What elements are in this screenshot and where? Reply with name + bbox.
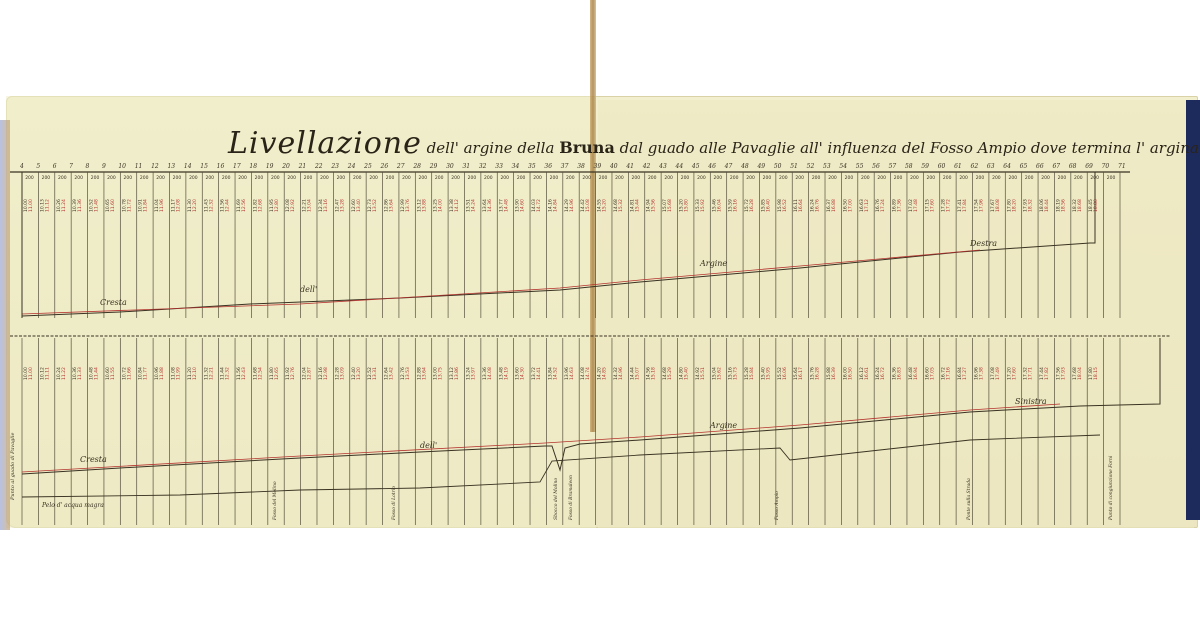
svg-text:200: 200 — [1041, 175, 1050, 181]
svg-text:18.44: 18.44 — [1044, 199, 1050, 212]
svg-text:54: 54 — [839, 163, 847, 170]
svg-text:14.84: 14.84 — [552, 199, 558, 212]
upper-label: Cresta — [100, 298, 127, 307]
svg-text:11.24: 11.24 — [61, 199, 67, 212]
svg-text:21: 21 — [298, 163, 307, 170]
svg-text:50: 50 — [774, 163, 782, 170]
svg-text:200: 200 — [42, 175, 51, 181]
lower-label: Sinistra — [1015, 397, 1047, 406]
svg-text:200: 200 — [1074, 175, 1083, 181]
svg-text:16.52: 16.52 — [782, 199, 788, 212]
svg-text:53: 53 — [823, 163, 831, 170]
svg-text:200: 200 — [533, 175, 542, 181]
svg-text:14.30: 14.30 — [520, 367, 526, 380]
svg-text:15.07: 15.07 — [634, 367, 640, 380]
svg-text:11.22: 11.22 — [61, 367, 67, 380]
svg-text:15.92: 15.92 — [700, 199, 706, 212]
svg-text:60: 60 — [938, 163, 946, 170]
svg-text:14.63: 14.63 — [569, 367, 575, 380]
svg-text:59: 59 — [921, 163, 929, 170]
svg-text:61: 61 — [954, 163, 962, 170]
svg-text:15.08: 15.08 — [585, 199, 591, 212]
svg-text:18.80: 18.80 — [1093, 199, 1099, 212]
svg-text:17.72: 17.72 — [946, 199, 952, 212]
svg-text:14.24: 14.24 — [470, 199, 476, 212]
svg-text:14.08: 14.08 — [487, 367, 493, 380]
svg-text:11.77: 11.77 — [143, 367, 149, 380]
svg-text:200: 200 — [894, 175, 903, 181]
svg-text:11.48: 11.48 — [94, 199, 100, 212]
svg-text:17.38: 17.38 — [979, 367, 985, 380]
svg-text:27: 27 — [396, 163, 405, 170]
vertical-note: Fosso Ampio — [774, 491, 780, 521]
svg-text:200: 200 — [58, 175, 67, 181]
svg-text:200: 200 — [484, 175, 493, 181]
svg-text:200: 200 — [238, 175, 247, 181]
svg-text:67: 67 — [1052, 163, 1060, 170]
svg-text:200: 200 — [959, 175, 968, 181]
svg-text:200: 200 — [271, 175, 280, 181]
svg-text:19: 19 — [266, 163, 274, 170]
svg-text:11.96: 11.96 — [159, 199, 165, 212]
svg-text:200: 200 — [189, 175, 198, 181]
svg-text:16.16: 16.16 — [733, 199, 739, 212]
svg-text:63: 63 — [987, 163, 995, 170]
svg-text:16.88: 16.88 — [831, 199, 837, 212]
svg-text:200: 200 — [1107, 175, 1116, 181]
svg-text:13.42: 13.42 — [389, 367, 395, 380]
svg-text:200: 200 — [550, 175, 559, 181]
svg-text:15.29: 15.29 — [667, 367, 673, 380]
svg-text:12.21: 12.21 — [208, 367, 214, 380]
svg-text:12.98: 12.98 — [323, 367, 329, 380]
svg-text:16.39: 16.39 — [831, 367, 837, 380]
svg-text:12.65: 12.65 — [274, 367, 280, 380]
svg-text:200: 200 — [205, 175, 214, 181]
svg-text:200: 200 — [812, 175, 821, 181]
svg-text:17.71: 17.71 — [1028, 367, 1034, 380]
svg-text:200: 200 — [451, 175, 460, 181]
svg-text:13.20: 13.20 — [356, 367, 362, 380]
svg-text:200: 200 — [304, 175, 313, 181]
svg-text:13.75: 13.75 — [438, 367, 444, 380]
svg-text:200: 200 — [648, 175, 657, 181]
svg-text:51: 51 — [790, 163, 798, 170]
svg-text:17.60: 17.60 — [929, 199, 935, 212]
svg-text:18.56: 18.56 — [1060, 199, 1066, 212]
svg-text:16.17: 16.17 — [798, 367, 804, 380]
svg-text:16.83: 16.83 — [897, 367, 903, 380]
svg-text:16.76: 16.76 — [815, 199, 821, 212]
vertical-note: Fosso del Molino — [272, 481, 278, 521]
svg-text:8: 8 — [86, 163, 90, 170]
svg-text:17.00: 17.00 — [847, 199, 853, 212]
svg-text:200: 200 — [337, 175, 346, 181]
svg-text:11.66: 11.66 — [126, 367, 132, 380]
svg-text:10: 10 — [118, 163, 126, 170]
svg-text:12.20: 12.20 — [192, 199, 198, 212]
svg-text:37: 37 — [561, 163, 569, 170]
svg-text:18.15: 18.15 — [1093, 367, 1099, 380]
svg-text:200: 200 — [713, 175, 722, 181]
svg-text:23: 23 — [330, 163, 339, 170]
svg-text:24: 24 — [347, 163, 356, 170]
svg-text:200: 200 — [845, 175, 854, 181]
svg-text:12.08: 12.08 — [175, 199, 181, 212]
svg-text:14.52: 14.52 — [552, 367, 558, 380]
svg-text:200: 200 — [517, 175, 526, 181]
svg-text:18.68: 18.68 — [1077, 199, 1083, 212]
svg-text:17.49: 17.49 — [995, 367, 1001, 380]
svg-text:200: 200 — [353, 175, 362, 181]
svg-text:66: 66 — [1036, 163, 1044, 170]
svg-text:15.56: 15.56 — [651, 199, 657, 212]
svg-text:200: 200 — [435, 175, 444, 181]
svg-text:30: 30 — [446, 163, 454, 170]
svg-text:11.88: 11.88 — [159, 367, 165, 380]
svg-text:22: 22 — [314, 163, 323, 170]
svg-text:65: 65 — [1020, 163, 1028, 170]
svg-text:15.68: 15.68 — [667, 199, 673, 212]
svg-text:17.05: 17.05 — [929, 367, 935, 380]
svg-text:200: 200 — [779, 175, 788, 181]
upper-label: dell' — [300, 285, 317, 294]
svg-text:12.87: 12.87 — [307, 367, 313, 380]
svg-text:16: 16 — [217, 163, 225, 170]
svg-text:200: 200 — [287, 175, 296, 181]
svg-text:11.72: 11.72 — [126, 199, 132, 212]
svg-text:17.24: 17.24 — [880, 199, 886, 212]
svg-text:18.08: 18.08 — [995, 199, 1001, 212]
vertical-note: Fosso di Lotrio — [391, 486, 397, 521]
svg-text:200: 200 — [1008, 175, 1017, 181]
svg-text:39: 39 — [594, 163, 602, 170]
svg-text:71: 71 — [1118, 163, 1126, 170]
svg-text:40: 40 — [609, 163, 618, 170]
svg-text:14.74: 14.74 — [585, 367, 591, 380]
svg-text:200: 200 — [140, 175, 149, 181]
svg-text:13.31: 13.31 — [372, 367, 378, 380]
svg-text:16.28: 16.28 — [815, 367, 821, 380]
svg-text:9: 9 — [102, 163, 106, 170]
svg-text:15.32: 15.32 — [618, 199, 624, 212]
svg-text:62: 62 — [971, 163, 979, 170]
upper-label: Destra — [969, 239, 997, 248]
svg-text:33: 33 — [495, 163, 503, 170]
svg-text:15.62: 15.62 — [716, 367, 722, 380]
svg-text:15.20: 15.20 — [602, 199, 608, 212]
svg-text:16.50: 16.50 — [847, 367, 853, 380]
svg-text:45: 45 — [691, 163, 700, 170]
svg-text:16.61: 16.61 — [864, 367, 870, 380]
svg-text:11.12: 11.12 — [44, 199, 50, 212]
svg-text:47: 47 — [724, 163, 733, 170]
svg-text:46: 46 — [707, 163, 716, 170]
svg-text:15.40: 15.40 — [684, 367, 690, 380]
svg-text:14.48: 14.48 — [503, 199, 509, 212]
lower-label: Cresta — [80, 455, 107, 464]
svg-text:28: 28 — [412, 163, 421, 170]
svg-text:64: 64 — [1003, 163, 1011, 170]
svg-text:200: 200 — [25, 175, 34, 181]
svg-text:13.40: 13.40 — [356, 199, 362, 212]
svg-text:17.27: 17.27 — [962, 367, 968, 380]
svg-text:18: 18 — [249, 163, 257, 170]
svg-text:14.19: 14.19 — [503, 367, 509, 380]
svg-text:12.56: 12.56 — [241, 199, 247, 212]
svg-text:55: 55 — [856, 163, 864, 170]
svg-text:52: 52 — [807, 163, 815, 170]
svg-text:15.84: 15.84 — [749, 367, 755, 380]
vertical-note: Fosso di Bramaleon — [568, 475, 574, 521]
svg-text:11.99: 11.99 — [175, 367, 181, 380]
svg-text:200: 200 — [222, 175, 231, 181]
station-grid: 420010.0011.0010.0011.00520010.1311.1210… — [10, 163, 1170, 525]
svg-text:17.36: 17.36 — [897, 199, 903, 212]
svg-text:16.72: 16.72 — [880, 367, 886, 380]
svg-text:43: 43 — [658, 163, 667, 170]
svg-text:13.04: 13.04 — [307, 199, 313, 212]
svg-text:6: 6 — [53, 163, 57, 170]
svg-text:200: 200 — [910, 175, 919, 181]
svg-text:200: 200 — [943, 175, 952, 181]
svg-text:31: 31 — [462, 163, 470, 170]
svg-text:12.44: 12.44 — [225, 199, 231, 212]
svg-text:41: 41 — [625, 163, 634, 170]
svg-text:13.28: 13.28 — [339, 199, 345, 212]
vertical-note: Ponte sulla Strada — [966, 478, 972, 521]
svg-text:42: 42 — [642, 163, 651, 170]
svg-text:16.28: 16.28 — [749, 199, 755, 212]
svg-text:12: 12 — [151, 163, 159, 170]
svg-text:12.32: 12.32 — [208, 199, 214, 212]
svg-text:17.48: 17.48 — [913, 199, 919, 212]
svg-text:200: 200 — [107, 175, 116, 181]
svg-text:14.41: 14.41 — [536, 367, 542, 380]
svg-text:200: 200 — [730, 175, 739, 181]
svg-text:200: 200 — [74, 175, 83, 181]
svg-text:200: 200 — [615, 175, 624, 181]
svg-text:200: 200 — [746, 175, 755, 181]
svg-text:15.73: 15.73 — [733, 367, 739, 380]
svg-text:13.64: 13.64 — [421, 367, 427, 380]
svg-text:12.43: 12.43 — [241, 367, 247, 380]
svg-text:200: 200 — [976, 175, 985, 181]
svg-text:200: 200 — [795, 175, 804, 181]
svg-text:200: 200 — [402, 175, 411, 181]
svg-text:35: 35 — [528, 163, 536, 170]
svg-text:15.18: 15.18 — [651, 367, 657, 380]
svg-text:200: 200 — [419, 175, 428, 181]
svg-text:15.51: 15.51 — [700, 367, 706, 380]
svg-text:17.60: 17.60 — [1011, 367, 1017, 380]
svg-text:200: 200 — [632, 175, 641, 181]
svg-text:200: 200 — [386, 175, 395, 181]
svg-text:200: 200 — [877, 175, 886, 181]
svg-text:14.60: 14.60 — [520, 199, 526, 212]
svg-text:16.04: 16.04 — [716, 199, 722, 212]
svg-text:34: 34 — [512, 163, 520, 170]
levelling-profile-drawing: 420010.0011.0010.0011.00520010.1311.1210… — [0, 0, 1200, 628]
svg-text:4: 4 — [19, 163, 24, 170]
svg-text:17: 17 — [233, 163, 241, 170]
svg-text:200: 200 — [664, 175, 673, 181]
svg-text:38: 38 — [577, 163, 585, 170]
svg-text:12.68: 12.68 — [257, 199, 263, 212]
svg-text:13.53: 13.53 — [405, 367, 411, 380]
svg-text:200: 200 — [320, 175, 329, 181]
svg-text:14.96: 14.96 — [569, 199, 575, 212]
svg-text:69: 69 — [1085, 163, 1093, 170]
svg-text:11.00: 11.00 — [28, 367, 34, 380]
svg-text:49: 49 — [756, 163, 765, 170]
svg-text:13: 13 — [167, 163, 175, 170]
svg-text:20: 20 — [281, 163, 290, 170]
svg-text:12.76: 12.76 — [290, 367, 296, 380]
svg-text:200: 200 — [599, 175, 608, 181]
svg-text:13.64: 13.64 — [389, 199, 395, 212]
svg-text:200: 200 — [861, 175, 870, 181]
lower-label: Argine — [709, 421, 737, 430]
svg-text:200: 200 — [91, 175, 100, 181]
svg-text:13.76: 13.76 — [405, 199, 411, 212]
svg-text:13.16: 13.16 — [323, 199, 329, 212]
svg-text:14.72: 14.72 — [536, 199, 542, 212]
vertical-note: Punto di congiunzione Forni — [1108, 455, 1114, 521]
svg-text:25: 25 — [363, 163, 372, 170]
svg-text:200: 200 — [992, 175, 1001, 181]
svg-text:57: 57 — [889, 163, 897, 170]
svg-text:68: 68 — [1069, 163, 1077, 170]
svg-text:11.44: 11.44 — [94, 367, 100, 380]
svg-text:200: 200 — [124, 175, 133, 181]
svg-text:12.54: 12.54 — [257, 367, 263, 380]
svg-text:11.00: 11.00 — [28, 199, 34, 212]
svg-text:36: 36 — [544, 163, 552, 170]
svg-text:15.95: 15.95 — [765, 367, 771, 380]
datum-label: Pelo d' acqua magra — [41, 502, 104, 509]
svg-text:32: 32 — [479, 163, 487, 170]
svg-text:200: 200 — [697, 175, 706, 181]
svg-text:14.00: 14.00 — [438, 199, 444, 212]
svg-text:15.80: 15.80 — [684, 199, 690, 212]
svg-text:16.94: 16.94 — [913, 367, 919, 380]
svg-text:18.20: 18.20 — [1011, 199, 1017, 212]
svg-text:18.04: 18.04 — [1077, 367, 1083, 380]
svg-text:58: 58 — [905, 163, 913, 170]
svg-text:200: 200 — [468, 175, 477, 181]
svg-text:13.97: 13.97 — [470, 367, 476, 380]
svg-text:200: 200 — [582, 175, 591, 181]
upper-label: Argine — [699, 259, 727, 268]
svg-text:14.96: 14.96 — [618, 367, 624, 380]
svg-text:17.16: 17.16 — [946, 367, 952, 380]
svg-text:18.32: 18.32 — [1028, 199, 1034, 212]
vertical-note: Sbocco del Molino — [553, 478, 559, 520]
svg-text:16.64: 16.64 — [798, 199, 804, 212]
svg-text:13.86: 13.86 — [454, 367, 460, 380]
svg-text:13.09: 13.09 — [339, 367, 345, 380]
svg-text:7: 7 — [69, 163, 73, 170]
svg-text:14: 14 — [184, 163, 192, 170]
svg-text:15.44: 15.44 — [634, 199, 640, 212]
svg-text:13.88: 13.88 — [421, 199, 427, 212]
lower-label: dell' — [420, 441, 437, 450]
svg-text:200: 200 — [369, 175, 378, 181]
svg-text:13.52: 13.52 — [372, 199, 378, 212]
profiles — [22, 172, 1160, 497]
svg-text:11.33: 11.33 — [77, 367, 83, 380]
svg-text:200: 200 — [566, 175, 575, 181]
svg-text:56: 56 — [872, 163, 880, 170]
svg-text:26: 26 — [380, 163, 389, 170]
svg-text:14.85: 14.85 — [602, 367, 608, 380]
svg-text:200: 200 — [828, 175, 837, 181]
svg-text:11.55: 11.55 — [110, 367, 116, 380]
svg-text:200: 200 — [763, 175, 772, 181]
svg-text:200: 200 — [173, 175, 182, 181]
svg-text:16.40: 16.40 — [765, 199, 771, 212]
svg-text:14.36: 14.36 — [487, 199, 493, 212]
svg-text:14.12: 14.12 — [454, 199, 460, 212]
svg-text:48: 48 — [740, 163, 749, 170]
svg-text:12.10: 12.10 — [192, 367, 198, 380]
svg-text:16.06: 16.06 — [782, 367, 788, 380]
svg-text:29: 29 — [429, 163, 438, 170]
svg-text:11: 11 — [135, 163, 143, 170]
svg-text:70: 70 — [1102, 163, 1110, 170]
svg-text:15: 15 — [200, 163, 208, 170]
svg-text:Punto al guado di Pavaglie: Punto al guado di Pavaglie — [10, 433, 16, 501]
svg-text:11.11: 11.11 — [44, 367, 50, 380]
svg-text:200: 200 — [500, 175, 509, 181]
svg-text:200: 200 — [1025, 175, 1034, 181]
svg-text:5: 5 — [36, 163, 40, 170]
svg-text:44: 44 — [675, 163, 684, 170]
svg-text:17.96: 17.96 — [979, 199, 985, 212]
svg-text:17.82: 17.82 — [1044, 367, 1050, 380]
svg-text:17.93: 17.93 — [1060, 367, 1066, 380]
svg-text:200: 200 — [681, 175, 690, 181]
svg-text:17.84: 17.84 — [962, 199, 968, 212]
svg-text:200: 200 — [1058, 175, 1067, 181]
svg-text:11.60: 11.60 — [110, 199, 116, 212]
svg-text:12.92: 12.92 — [290, 199, 296, 212]
svg-text:12.80: 12.80 — [274, 199, 280, 212]
svg-text:12.32: 12.32 — [225, 367, 231, 380]
svg-text:11.36: 11.36 — [77, 199, 83, 212]
svg-text:200: 200 — [255, 175, 264, 181]
svg-text:11.84: 11.84 — [143, 199, 149, 212]
svg-text:200: 200 — [156, 175, 165, 181]
svg-text:17.12: 17.12 — [864, 199, 870, 212]
svg-text:200: 200 — [927, 175, 936, 181]
